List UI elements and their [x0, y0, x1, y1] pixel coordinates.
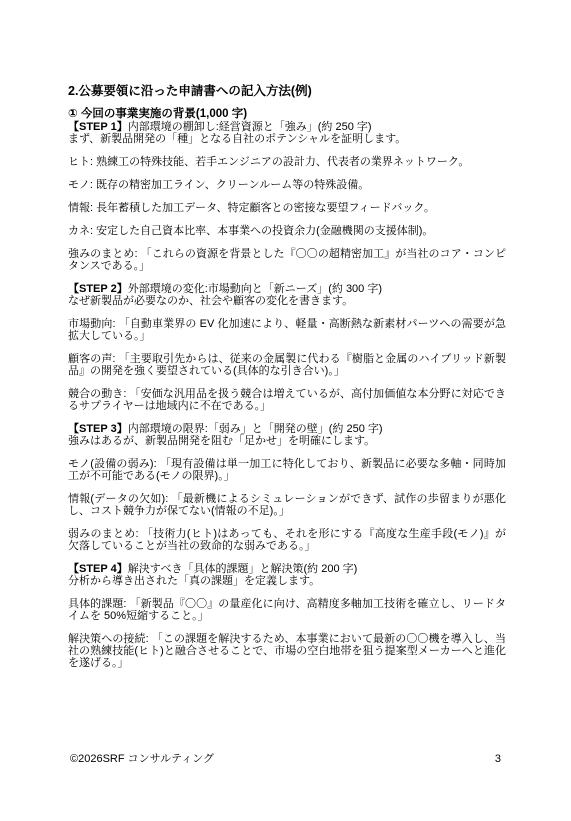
step-2-heading: 外部環境の変化:市場動向と「新ニーズ」(約 300 字)	[128, 283, 382, 295]
paragraph-kyogo-ugoki: 競合の動き: 「安価な汎用品を扱う競合は増えているが、高付加価値な本分野に対応で…	[68, 388, 506, 412]
step-4-heading: 解決すべき「具体的課題」と解決策(約 200 字)	[128, 563, 358, 575]
step-1-heading: 内部環境の棚卸し:経営資源と「強み」(約 250 字)	[128, 121, 372, 133]
copyright-text: ©2026SRF コンサルティング	[70, 753, 214, 766]
step-2-header: 【STEP 2】外部環境の変化:市場動向と「新ニーズ」(約 300 字) なぜ新…	[68, 283, 506, 307]
page-footer: ©2026SRF コンサルティング 3	[70, 753, 501, 766]
section-heading: ① 今回の事業実施の背景(1,000 字)	[68, 108, 506, 121]
step-3-heading-line: 【STEP 3】内部環境の限界:「弱み」と「開発の壁」(約 250 字)	[68, 423, 506, 435]
page-title: 2.公募要領に沿った申請書への記入方法(例)	[68, 84, 506, 98]
step-4-header: 【STEP 4】解決すべき「具体的課題」と解決策(約 200 字) 分析から導き…	[68, 563, 506, 587]
step-1-intro: まず、新製品開発の「種」となる自社のポテンシャルを証明します。	[68, 133, 506, 145]
step-1-heading-line: 【STEP 1】内部環境の棚卸し:経営資源と「強み」(約 250 字)	[68, 121, 506, 133]
step-4-heading-line: 【STEP 4】解決すべき「具体的課題」と解決策(約 200 字)	[68, 563, 506, 575]
page-number: 3	[495, 753, 501, 766]
paragraph-mono-yowami: モノ(設備の弱み): 「現有設備は単一加工に特化しており、新製品に必要な多軸・同…	[68, 458, 506, 482]
paragraph-kaiketsusaku-setsuzoku: 解決策への接続: 「この課題を解決するため、本事業において最新の〇〇機を導入し、…	[68, 633, 506, 669]
paragraph-kokyaku-koe: 顧客の声: 「主要取引先からは、従来の金属製に代わる『樹脂と金属のハイブリッド新…	[68, 353, 506, 377]
document-page: 2.公募要領に沿った申請書への記入方法(例) ① 今回の事業実施の背景(1,00…	[0, 0, 571, 821]
paragraph-shijodoko: 市場動向: 「自動車業界の EV 化加速により、軽量・高断熱な新素材パーツへの需…	[68, 318, 506, 342]
step-3-label: 【STEP 3】	[68, 423, 128, 435]
paragraph-yowami-matome: 弱みのまとめ: 「技術力(ヒト)はあっても、それを形にする『高度な生産手段(モノ…	[68, 528, 506, 552]
step-1-header: 【STEP 1】内部環境の棚卸し:経営資源と「強み」(約 250 字) まず、新…	[68, 121, 506, 145]
step-1-label: 【STEP 1】	[68, 121, 128, 133]
paragraph-hito: ヒト: 熟練工の特殊技能、若手エンジニアの設計力、代表者の業界ネットワーク。	[68, 156, 506, 168]
paragraph-tsuyomi-matome: 強みのまとめ: 「これらの資源を背景とした『〇〇の超精密加工』が当社のコア・コン…	[68, 248, 506, 272]
step-3-intro: 強みはあるが、新製品開発を阻む「足かせ」を明確にします。	[68, 435, 506, 447]
step-4-intro: 分析から導き出された「真の課題」を定義します。	[68, 575, 506, 587]
step-2-heading-line: 【STEP 2】外部環境の変化:市場動向と「新ニーズ」(約 300 字)	[68, 283, 506, 295]
step-4-label: 【STEP 4】	[68, 563, 128, 575]
paragraph-gutaiteki-kadai: 具体的課題: 「新製品『〇〇』の量産化に向け、高精度多軸加工技術を確立し、リード…	[68, 598, 506, 622]
paragraph-joho: 情報: 長年蓄積した加工データ、特定顧客との密接な要望フィードバック。	[68, 202, 506, 214]
paragraph-kane: カネ: 安定した自己資本比率、本事業への投資余力(金融機関の支援体制)。	[68, 225, 506, 237]
step-2-intro: なぜ新製品が必要なのか、社会や顧客の変化を書きます。	[68, 295, 506, 307]
document-content: 2.公募要領に沿った申請書への記入方法(例) ① 今回の事業実施の背景(1,00…	[68, 84, 506, 680]
step-2-label: 【STEP 2】	[68, 283, 128, 295]
step-3-header: 【STEP 3】内部環境の限界:「弱み」と「開発の壁」(約 250 字) 強みは…	[68, 423, 506, 447]
paragraph-mono: モノ: 既存の精密加工ライン、クリーンルーム等の特殊設備。	[68, 179, 506, 191]
step-3-heading: 内部環境の限界:「弱み」と「開発の壁」(約 250 字)	[128, 423, 383, 435]
paragraph-joho-ketsujo: 情報(データの欠如): 「最新機によるシミュレーションができず、試作の歩留まりが…	[68, 493, 506, 517]
